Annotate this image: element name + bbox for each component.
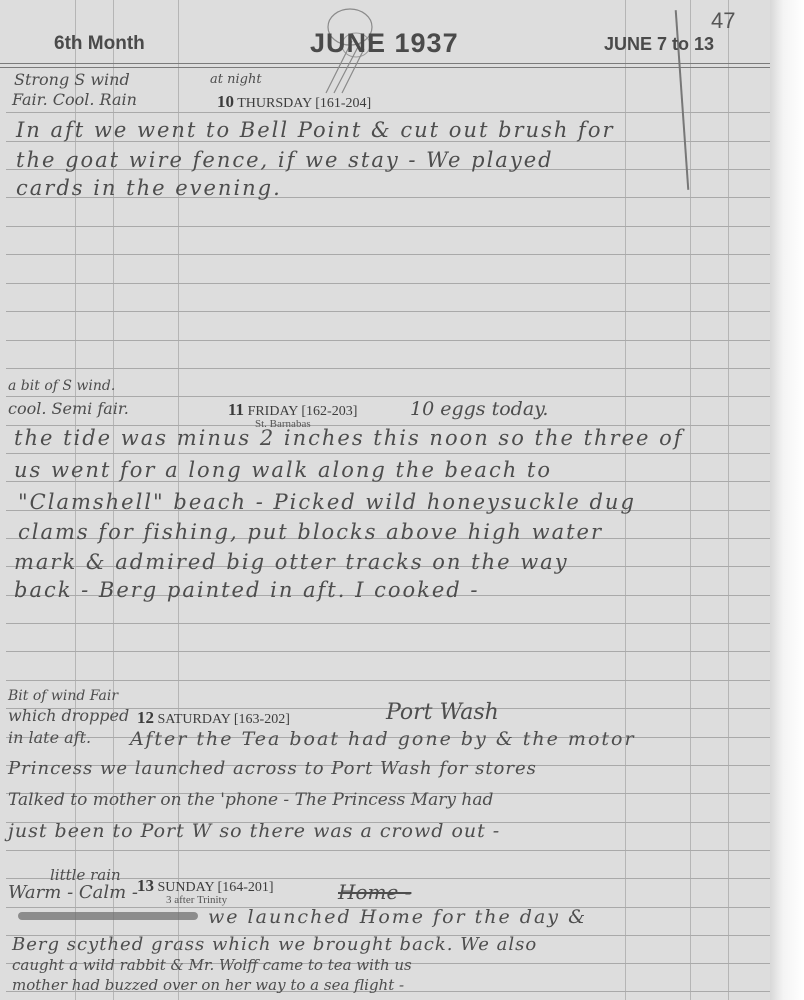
entry-line: After the Tea boat had gone by & the mot… <box>130 728 636 750</box>
entry-line: cards in the evening. <box>16 176 282 200</box>
day-count: [163-202] <box>234 712 290 727</box>
entry-line: us went for a long walk along the beach … <box>14 458 552 482</box>
day-name: SUNDAY <box>158 880 215 895</box>
entry-line: mark & admired big otter tracks on the w… <box>14 550 569 574</box>
page-title: JUNE 1937 <box>310 28 459 59</box>
entry-line: clams for fishing, put blocks above high… <box>18 520 603 544</box>
month-label: 6th Month <box>54 33 145 55</box>
entry-line: "Clamshell" beach - Picked wild honeysuc… <box>18 490 636 514</box>
weather-note: a bit of S wind. <box>8 378 115 394</box>
ruled-line <box>6 623 782 624</box>
day-count: [161-204] <box>315 96 371 111</box>
weather-note: which dropped <box>8 706 129 725</box>
ruled-line <box>6 112 782 113</box>
liturgical-day: 3 after Trinity <box>166 894 227 906</box>
week-range: JUNE 7 to 13 <box>604 34 714 55</box>
heading-note: Port Wash <box>386 700 499 725</box>
entry-line: Berg scythed grass which we brought back… <box>12 934 537 955</box>
entry-line: mother had buzzed over on her way to a s… <box>12 976 404 994</box>
entry-line: caught a wild rabbit & Mr. Wolff came to… <box>12 956 412 974</box>
weather-note: at night <box>210 72 262 87</box>
day-count: [162-203] <box>301 404 357 419</box>
heading-note: 10 eggs today. <box>410 398 548 420</box>
entry-line: Talked to mother on the 'phone - The Pri… <box>8 790 493 810</box>
day-count: [164-201] <box>218 880 274 895</box>
entry-line: Princess we launched across to Port Wash… <box>8 758 537 779</box>
ruled-line <box>6 396 782 397</box>
date-heading: 10 THURSDAY [161-204] <box>217 92 371 112</box>
date-number: 10 <box>217 92 234 111</box>
ruled-line <box>6 878 782 879</box>
ruled-line <box>6 283 782 284</box>
entry-line: back - Berg painted in aft. I cooked - <box>14 578 479 602</box>
ruled-line <box>6 254 782 255</box>
entry-line: just been to Port W so there was a crowd… <box>8 820 500 842</box>
page-edge <box>770 0 804 1000</box>
date-number: 13 <box>137 876 154 895</box>
weather-note: Warm - Calm - <box>8 882 138 903</box>
diary-page: 47 6th Month JUNE 1937 JUNE 7 to 13 Stro… <box>0 0 786 1000</box>
weather-note: cool. Semi fair. <box>8 399 129 418</box>
crossed-out-text <box>18 912 198 920</box>
entry-line: the goat wire fence, if we stay - We pla… <box>16 148 554 172</box>
weather-note: Strong S wind <box>14 70 130 89</box>
day-name: SATURDAY <box>158 712 231 727</box>
ruled-line <box>6 651 782 652</box>
weather-note: in late aft. <box>8 728 91 747</box>
header-rule <box>0 67 786 68</box>
ruled-line <box>6 340 782 341</box>
entry-line: the tide was minus 2 inches this noon so… <box>14 426 684 450</box>
date-heading: 12 SATURDAY [163-202] <box>137 708 290 728</box>
ruled-line <box>6 311 782 312</box>
date-number: 12 <box>137 708 154 727</box>
ruled-line <box>6 453 782 454</box>
date-number: 11 <box>228 400 244 419</box>
day-name: FRIDAY <box>248 404 298 419</box>
date-heading: 13 SUNDAY [164-201] <box>137 876 274 896</box>
header-rule <box>0 63 786 64</box>
weather-note: Bit of wind Fair <box>8 688 118 704</box>
day-name: THURSDAY <box>237 96 311 111</box>
ruled-line <box>6 368 782 369</box>
heading-note: Home - <box>338 880 411 904</box>
ruled-line <box>6 850 782 851</box>
ruled-line <box>6 680 782 681</box>
entry-line: we launched Home for the day & <box>208 906 587 928</box>
weather-note: Fair. Cool. Rain <box>12 90 137 109</box>
date-heading: 11 FRIDAY [162-203] <box>228 400 357 420</box>
page-number: 47 <box>711 8 735 34</box>
ruled-line <box>6 226 782 227</box>
entry-line: In aft we went to Bell Point & cut out b… <box>16 118 615 142</box>
